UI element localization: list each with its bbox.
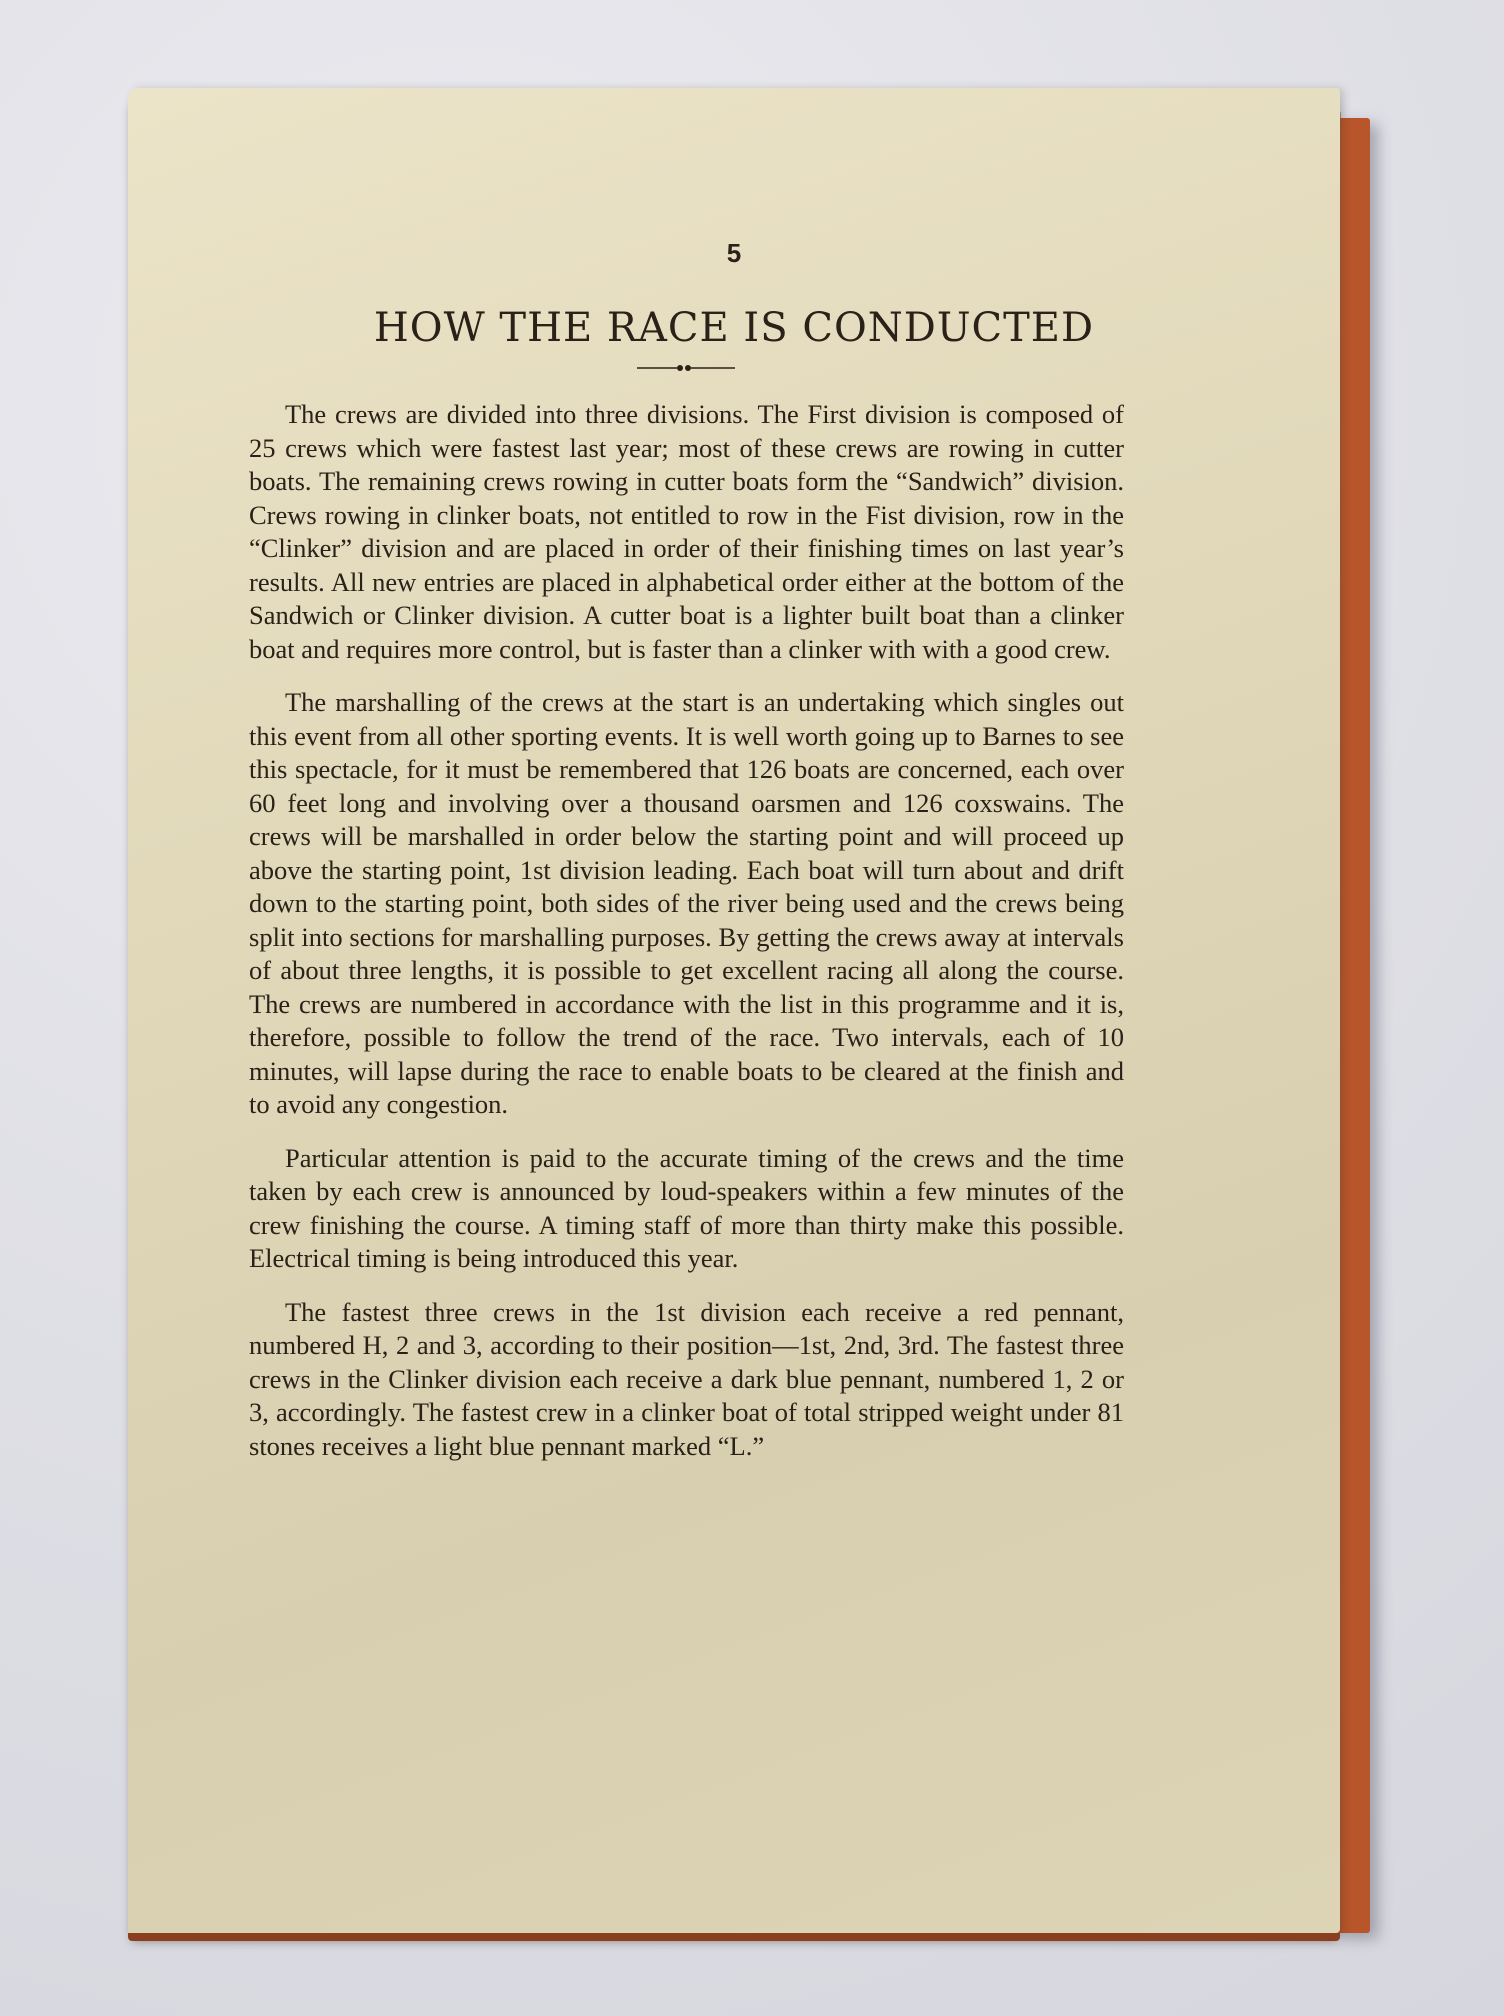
body-text: The crews are divided into three divisio… [249, 398, 1124, 1483]
page-number: 5 [128, 238, 1340, 269]
paragraph-pennants: The fastest three crews in the 1st divis… [249, 1296, 1124, 1464]
page-title: HOW THE RACE IS CONDUCTED [128, 305, 1340, 351]
booklet-page: 5 HOW THE RACE IS CONDUCTED The crews ar… [128, 88, 1340, 1933]
paragraph-timing: Particular attention is paid to the accu… [249, 1142, 1124, 1276]
paragraph-marshalling: The marshalling of the crews at the star… [249, 686, 1124, 1122]
paragraph-divisions: The crews are divided into three divisio… [249, 398, 1124, 666]
divider-ornament-icon [637, 363, 735, 373]
